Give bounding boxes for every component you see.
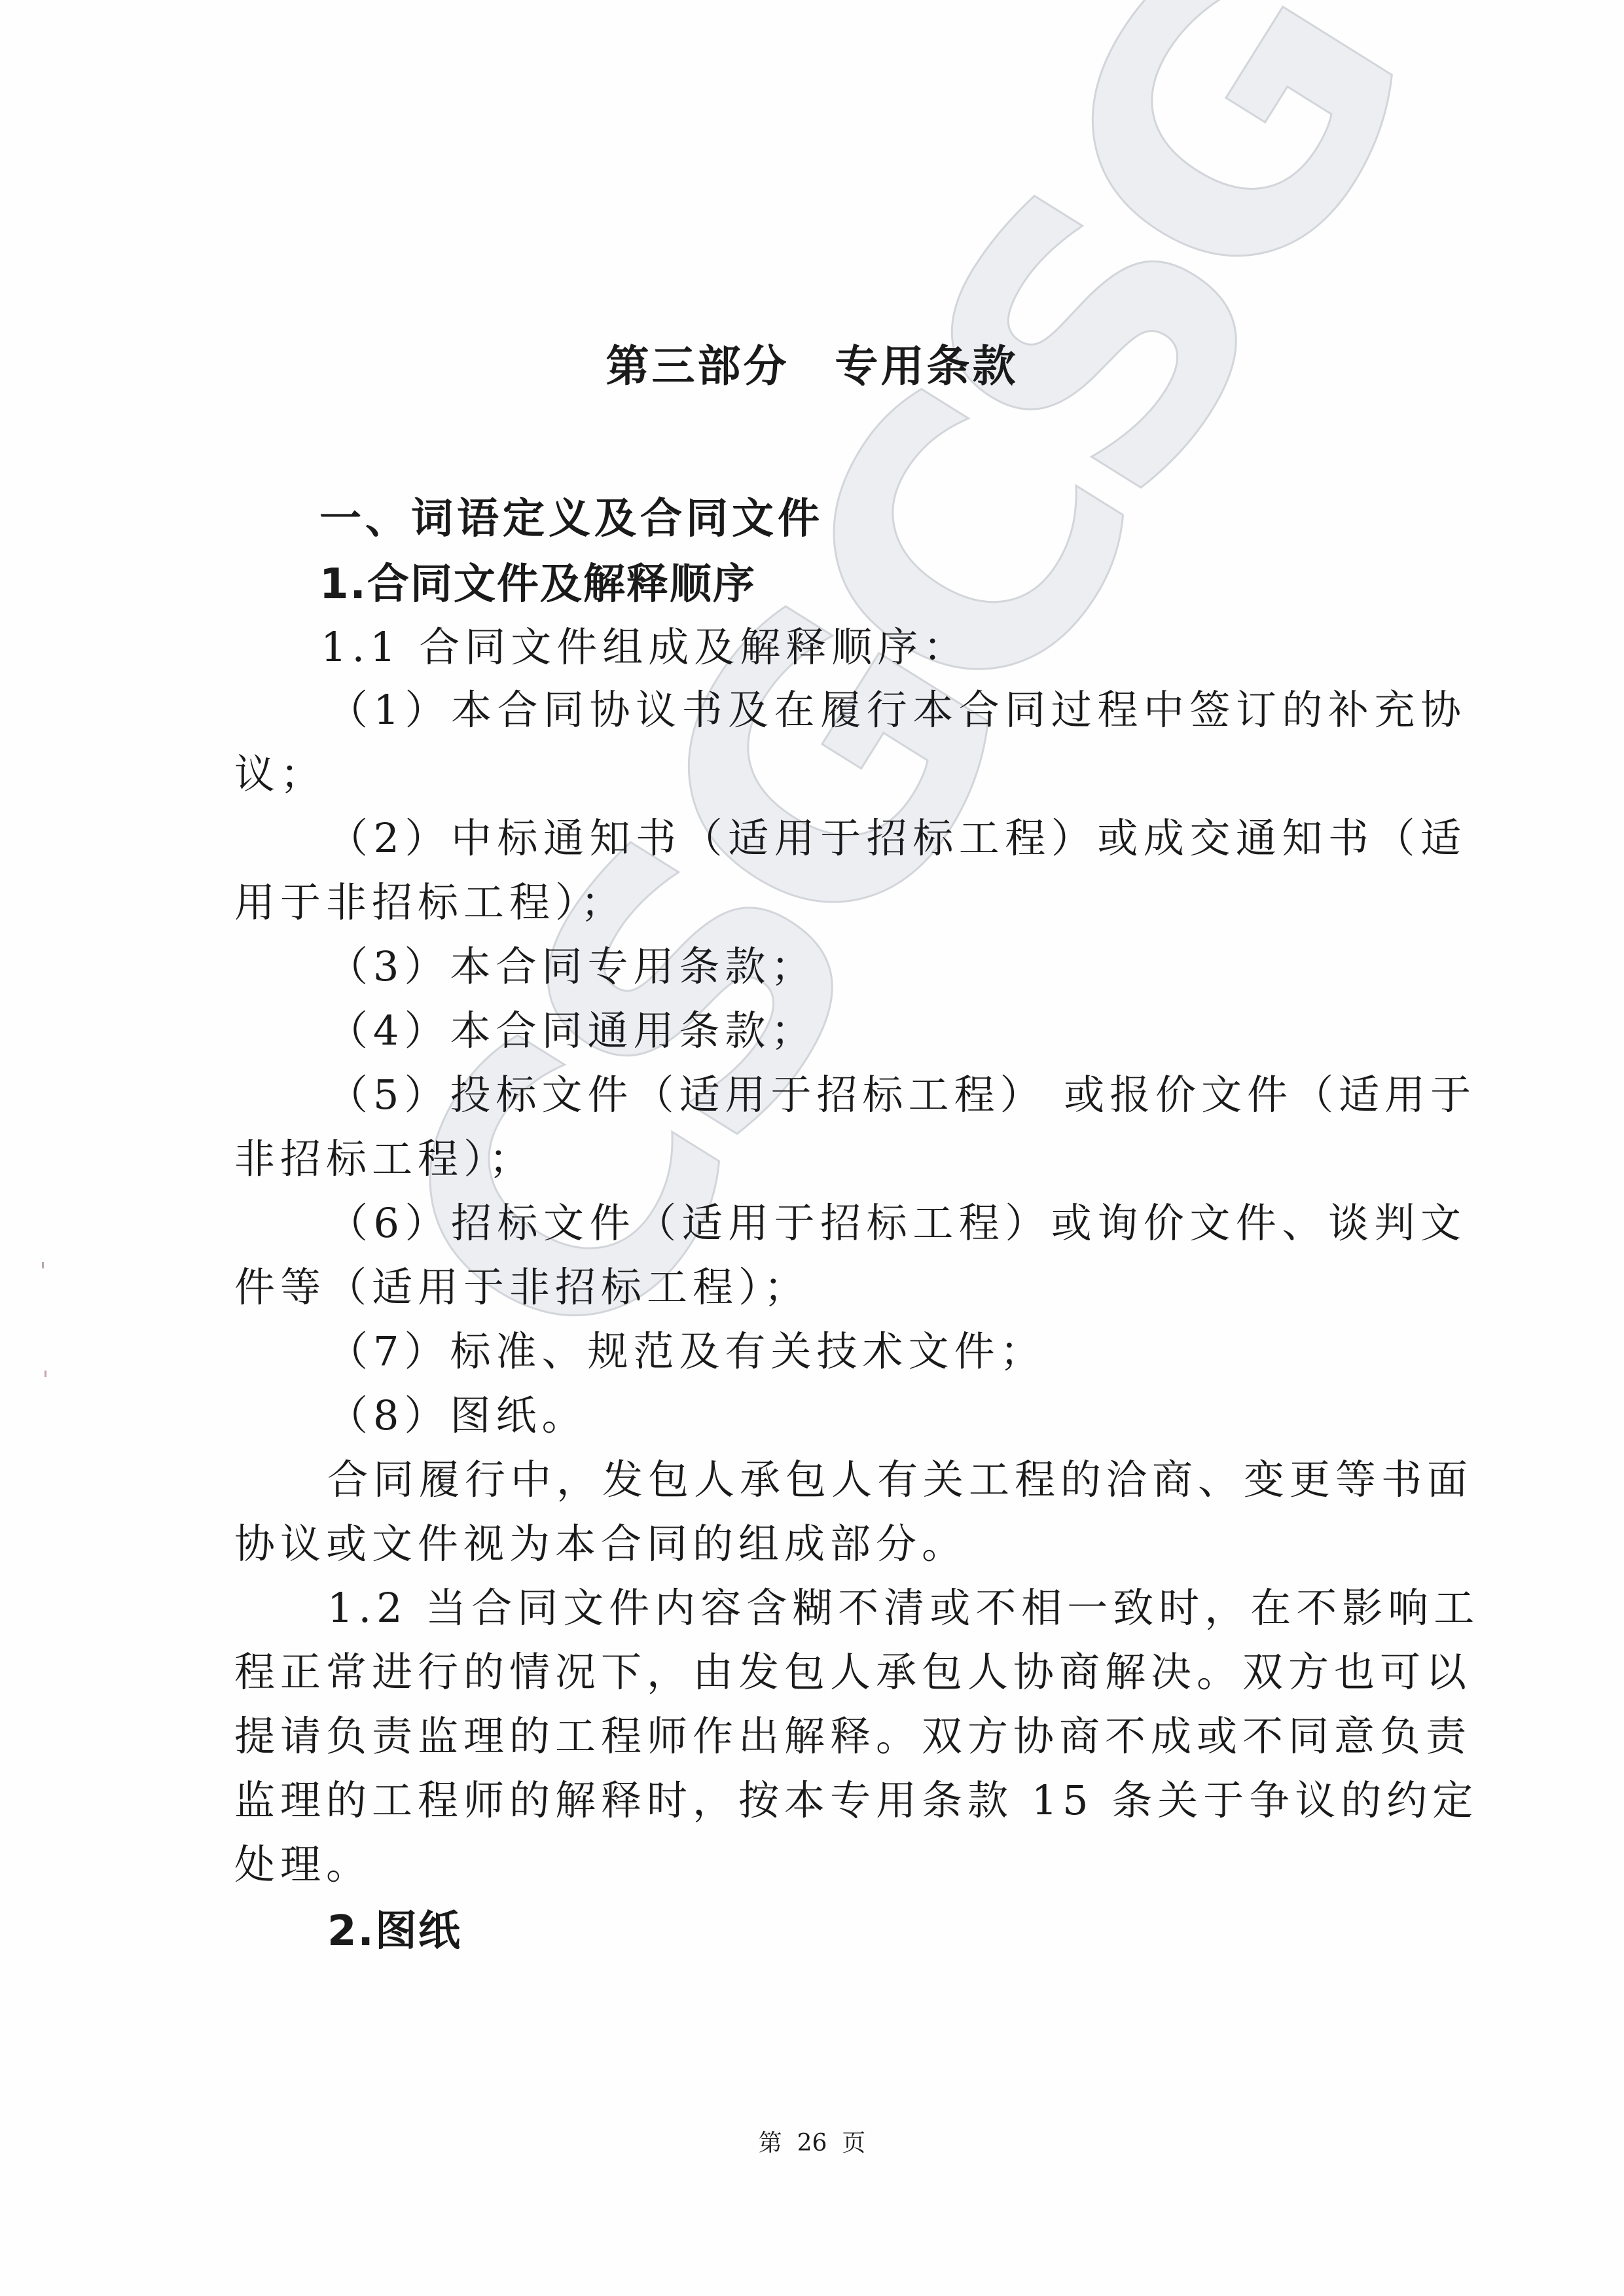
list-item-1: （1）本合同协议书及在履行本合同过程中签订的补充协: [327, 681, 1466, 740]
section-heading-definitions: 一、词语定义及合同文件: [319, 490, 823, 548]
clause-1-2-line-5: 处理。: [234, 1835, 372, 1894]
list-item-6: （6）招标文件（适用于招标工程）或询价文件、谈判文: [327, 1194, 1466, 1253]
list-item-1-cont: 议；: [234, 745, 326, 804]
list-item-8: （8）图纸。: [327, 1386, 587, 1445]
list-item-5: （5）投标文件（适用于招标工程） 或报价文件（适用于: [327, 1066, 1466, 1124]
page-title: 第三部分 专用条款: [0, 334, 1624, 399]
list-item-7: （7）标准、规范及有关技术文件；: [327, 1322, 1045, 1381]
list-item-2: （2）中标通知书（适用于招标工程）或成交通知书（适: [327, 809, 1466, 868]
clause-1-1: 1.1 合同文件组成及解释顺序：: [321, 618, 969, 677]
paragraph-amendments: 合同履行中，发包人承包人有关工程的洽商、变更等书面: [327, 1450, 1466, 1509]
scan-margin-mark: [42, 1262, 44, 1268]
list-item-4: （4）本合同通用条款；: [327, 1001, 816, 1060]
scan-margin-mark: [45, 1371, 46, 1377]
page-number: 第 26 页: [0, 2127, 1624, 2160]
list-item-2-cont: 用于非招标工程）；: [234, 873, 626, 932]
subsection-heading-contract-documents: 1.合同文件及解释顺序: [319, 555, 756, 614]
subsection-heading-drawings: 2.图纸: [327, 1902, 461, 1961]
clause-1-2-line-3: 提请负责监理的工程师作出解释。双方协商不成或不同意负责: [234, 1707, 1466, 1766]
list-item-5-cont: 非招标工程）；: [234, 1130, 535, 1189]
clause-1-2-line-2: 程正常进行的情况下，由发包人承包人协商解决。双方也可以: [234, 1643, 1466, 1702]
clause-1-2-line-4: 监理的工程师的解释时，按本专用条款 15 条关于争议的约定: [234, 1771, 1466, 1830]
paragraph-amendments-cont: 协议或文件视为本合同的组成部分。: [234, 1515, 967, 1573]
page-content: 第三部分 专用条款 一、词语定义及合同文件 1.合同文件及解释顺序 1.1 合同…: [0, 0, 1624, 2296]
list-item-6-cont: 件等（适用于非招标工程）；: [234, 1258, 810, 1317]
clause-1-2: 1.2 当合同文件内容含糊不清或不相一致时，在不影响工: [327, 1579, 1466, 1638]
list-item-3: （3）本合同专用条款；: [327, 937, 816, 996]
document-page: CSGCSG 第三部分 专用条款 一、词语定义及合同文件 1.合同文件及解释顺序…: [0, 0, 1624, 2296]
